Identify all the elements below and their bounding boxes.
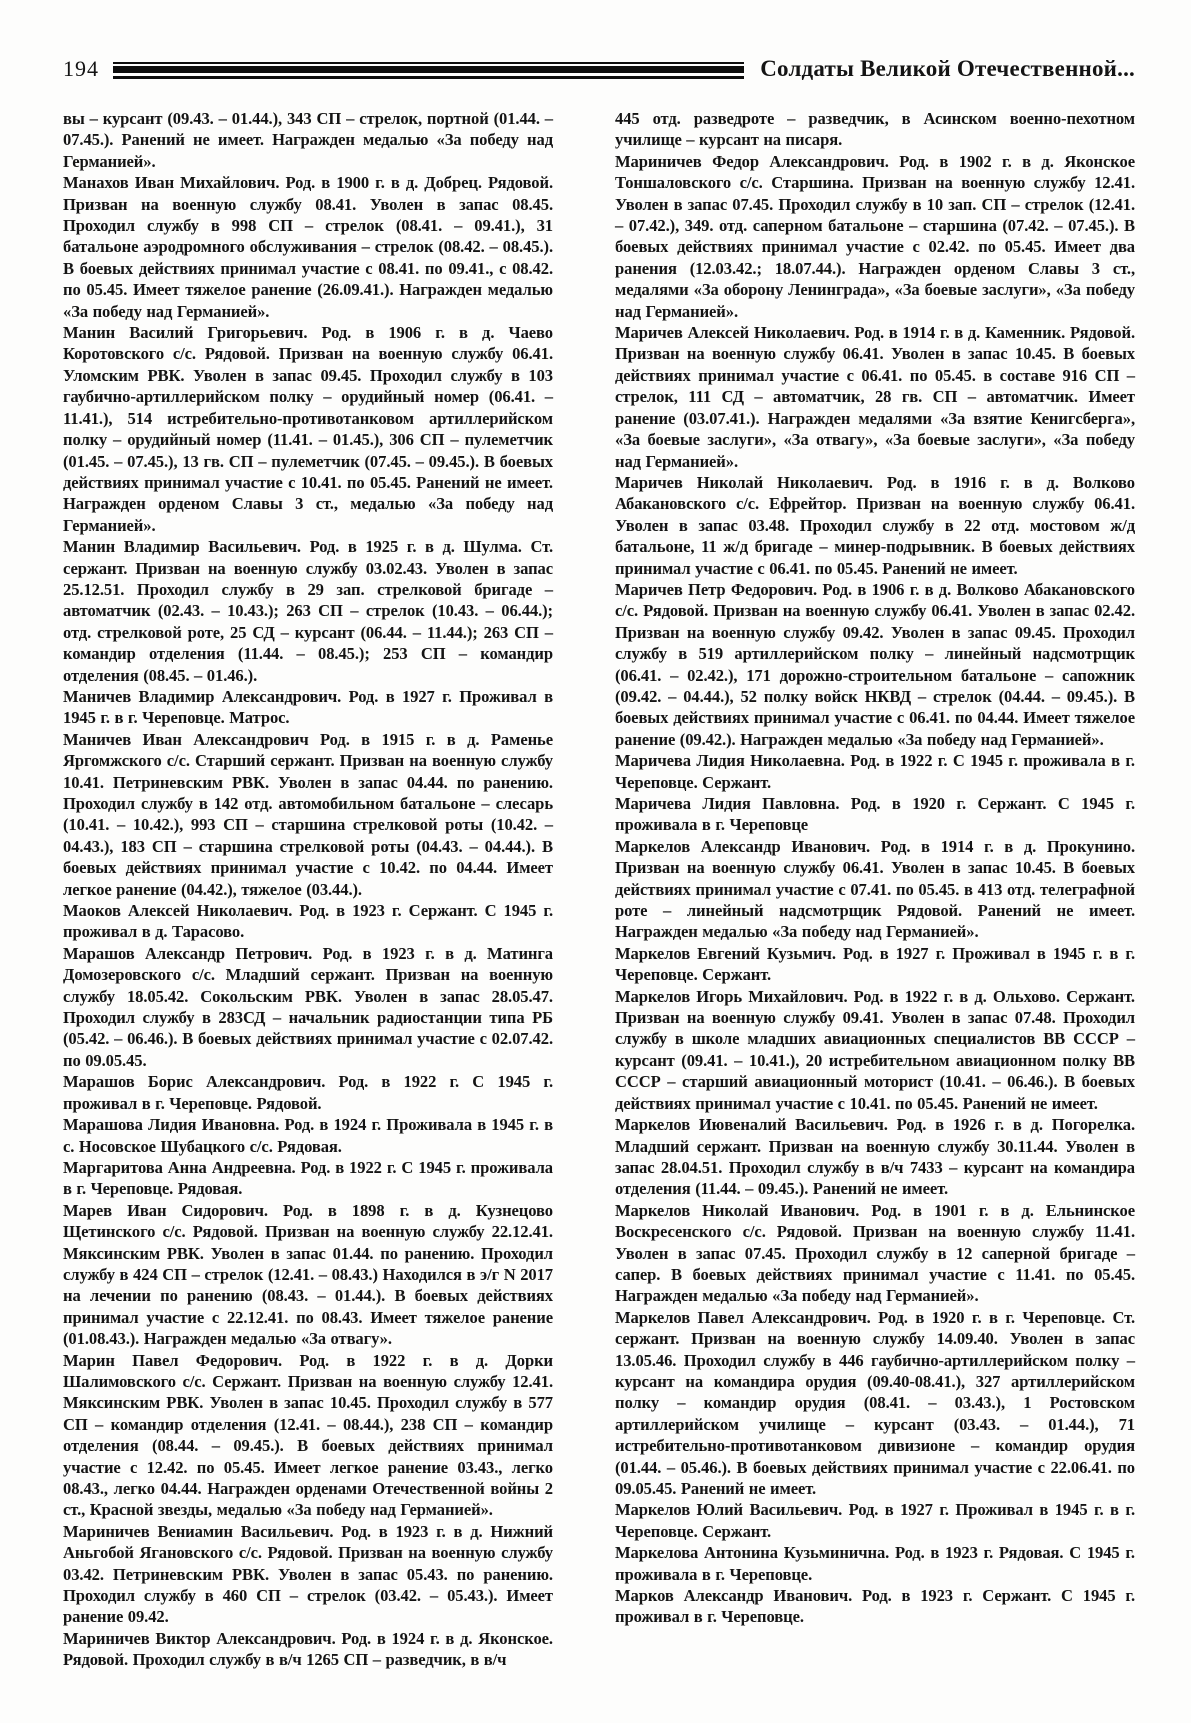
entry-paragraph: Марев Иван Сидорович. Род. в 1898 г. в д… [63, 1200, 553, 1350]
entry-paragraph: Маркелов Иювеналий Васильевич. Род. в 19… [615, 1114, 1135, 1200]
entry-paragraph: Маричев Петр Федорович. Род. в 1906 г. в… [615, 579, 1135, 750]
running-head-title: Солдаты Великой Отечественной... [760, 56, 1135, 82]
entry-paragraph: Маргаритова Анна Андреевна. Род. в 1922 … [63, 1157, 553, 1200]
entry-paragraph: Маркелова Антонина Кузьминична. Род. в 1… [615, 1542, 1135, 1585]
entry-paragraph: вы – курсант (09.43. – 01.44.), 343 СП –… [63, 108, 553, 172]
entry-paragraph: Маричев Николай Николаевич. Род. в 1916 … [615, 472, 1135, 579]
entry-paragraph: Марашов Борис Александрович. Род. в 1922… [63, 1071, 553, 1114]
entry-paragraph: Манахов Иван Михайлович. Род. в 1900 г. … [63, 172, 553, 322]
entry-paragraph: Маоков Алексей Николаевич. Род. в 1923 г… [63, 900, 553, 943]
page: 194 Солдаты Великой Отечественной... вы … [0, 0, 1191, 1723]
header-rule-thick-line [113, 66, 744, 73]
entry-paragraph: Маркелов Игорь Михайлович. Род. в 1922 г… [615, 986, 1135, 1114]
page-header: 194 Солдаты Великой Отечественной... [63, 52, 1135, 86]
entry-paragraph: Маркелов Николай Иванович. Род. в 1901 г… [615, 1200, 1135, 1307]
header-rule-medium-line [113, 76, 744, 79]
entry-paragraph: 445 отд. разведроте – разведчик, в Асинс… [615, 108, 1135, 151]
left-column: вы – курсант (09.43. – 01.44.), 343 СП –… [63, 108, 553, 1671]
text-columns: вы – курсант (09.43. – 01.44.), 343 СП –… [63, 108, 1135, 1671]
header-rule-thin-line [113, 62, 744, 64]
entry-paragraph: Маничев Иван Александрович Род. в 1915 г… [63, 729, 553, 900]
entry-paragraph: Марин Павел Федорович. Род. в 1922 г. в … [63, 1350, 553, 1521]
entry-paragraph: Маричев Алексей Николаевич. Род. в 1914 … [615, 322, 1135, 472]
right-column: 445 отд. разведроте – разведчик, в Асинс… [615, 108, 1135, 1628]
entry-paragraph: Маркелов Евгений Кузьмич. Род. в 1927 г.… [615, 943, 1135, 986]
entry-paragraph: Мариничев Виктор Александрович. Род. в 1… [63, 1628, 553, 1671]
entry-paragraph: Марков Александр Иванович. Род. в 1923 г… [615, 1585, 1135, 1628]
entry-paragraph: Марашов Александр Петрович. Род. в 1923 … [63, 943, 553, 1071]
page-number: 194 [63, 56, 99, 82]
entry-paragraph: Мариничев Федор Александрович. Род. в 19… [615, 151, 1135, 322]
header-rule [113, 62, 744, 79]
entry-paragraph: Маркелов Юлий Васильевич. Род. в 1927 г.… [615, 1499, 1135, 1542]
entry-paragraph: Мариничев Вениамин Васильевич. Род. в 19… [63, 1521, 553, 1628]
entry-paragraph: Маричева Лидия Павловна. Род. в 1920 г. … [615, 793, 1135, 836]
entry-paragraph: Марашова Лидия Ивановна. Род. в 1924 г. … [63, 1114, 553, 1157]
entry-paragraph: Манин Василий Григорьевич. Род. в 1906 г… [63, 322, 553, 536]
entry-paragraph: Манин Владимир Васильевич. Род. в 1925 г… [63, 536, 553, 686]
entry-paragraph: Маричева Лидия Николаевна. Род. в 1922 г… [615, 750, 1135, 793]
entry-paragraph: Маркелов Павел Александрович. Род. в 192… [615, 1307, 1135, 1500]
entry-paragraph: Маркелов Александр Иванович. Род. в 1914… [615, 836, 1135, 943]
entry-paragraph: Маничев Владимир Александрович. Род. в 1… [63, 686, 553, 729]
